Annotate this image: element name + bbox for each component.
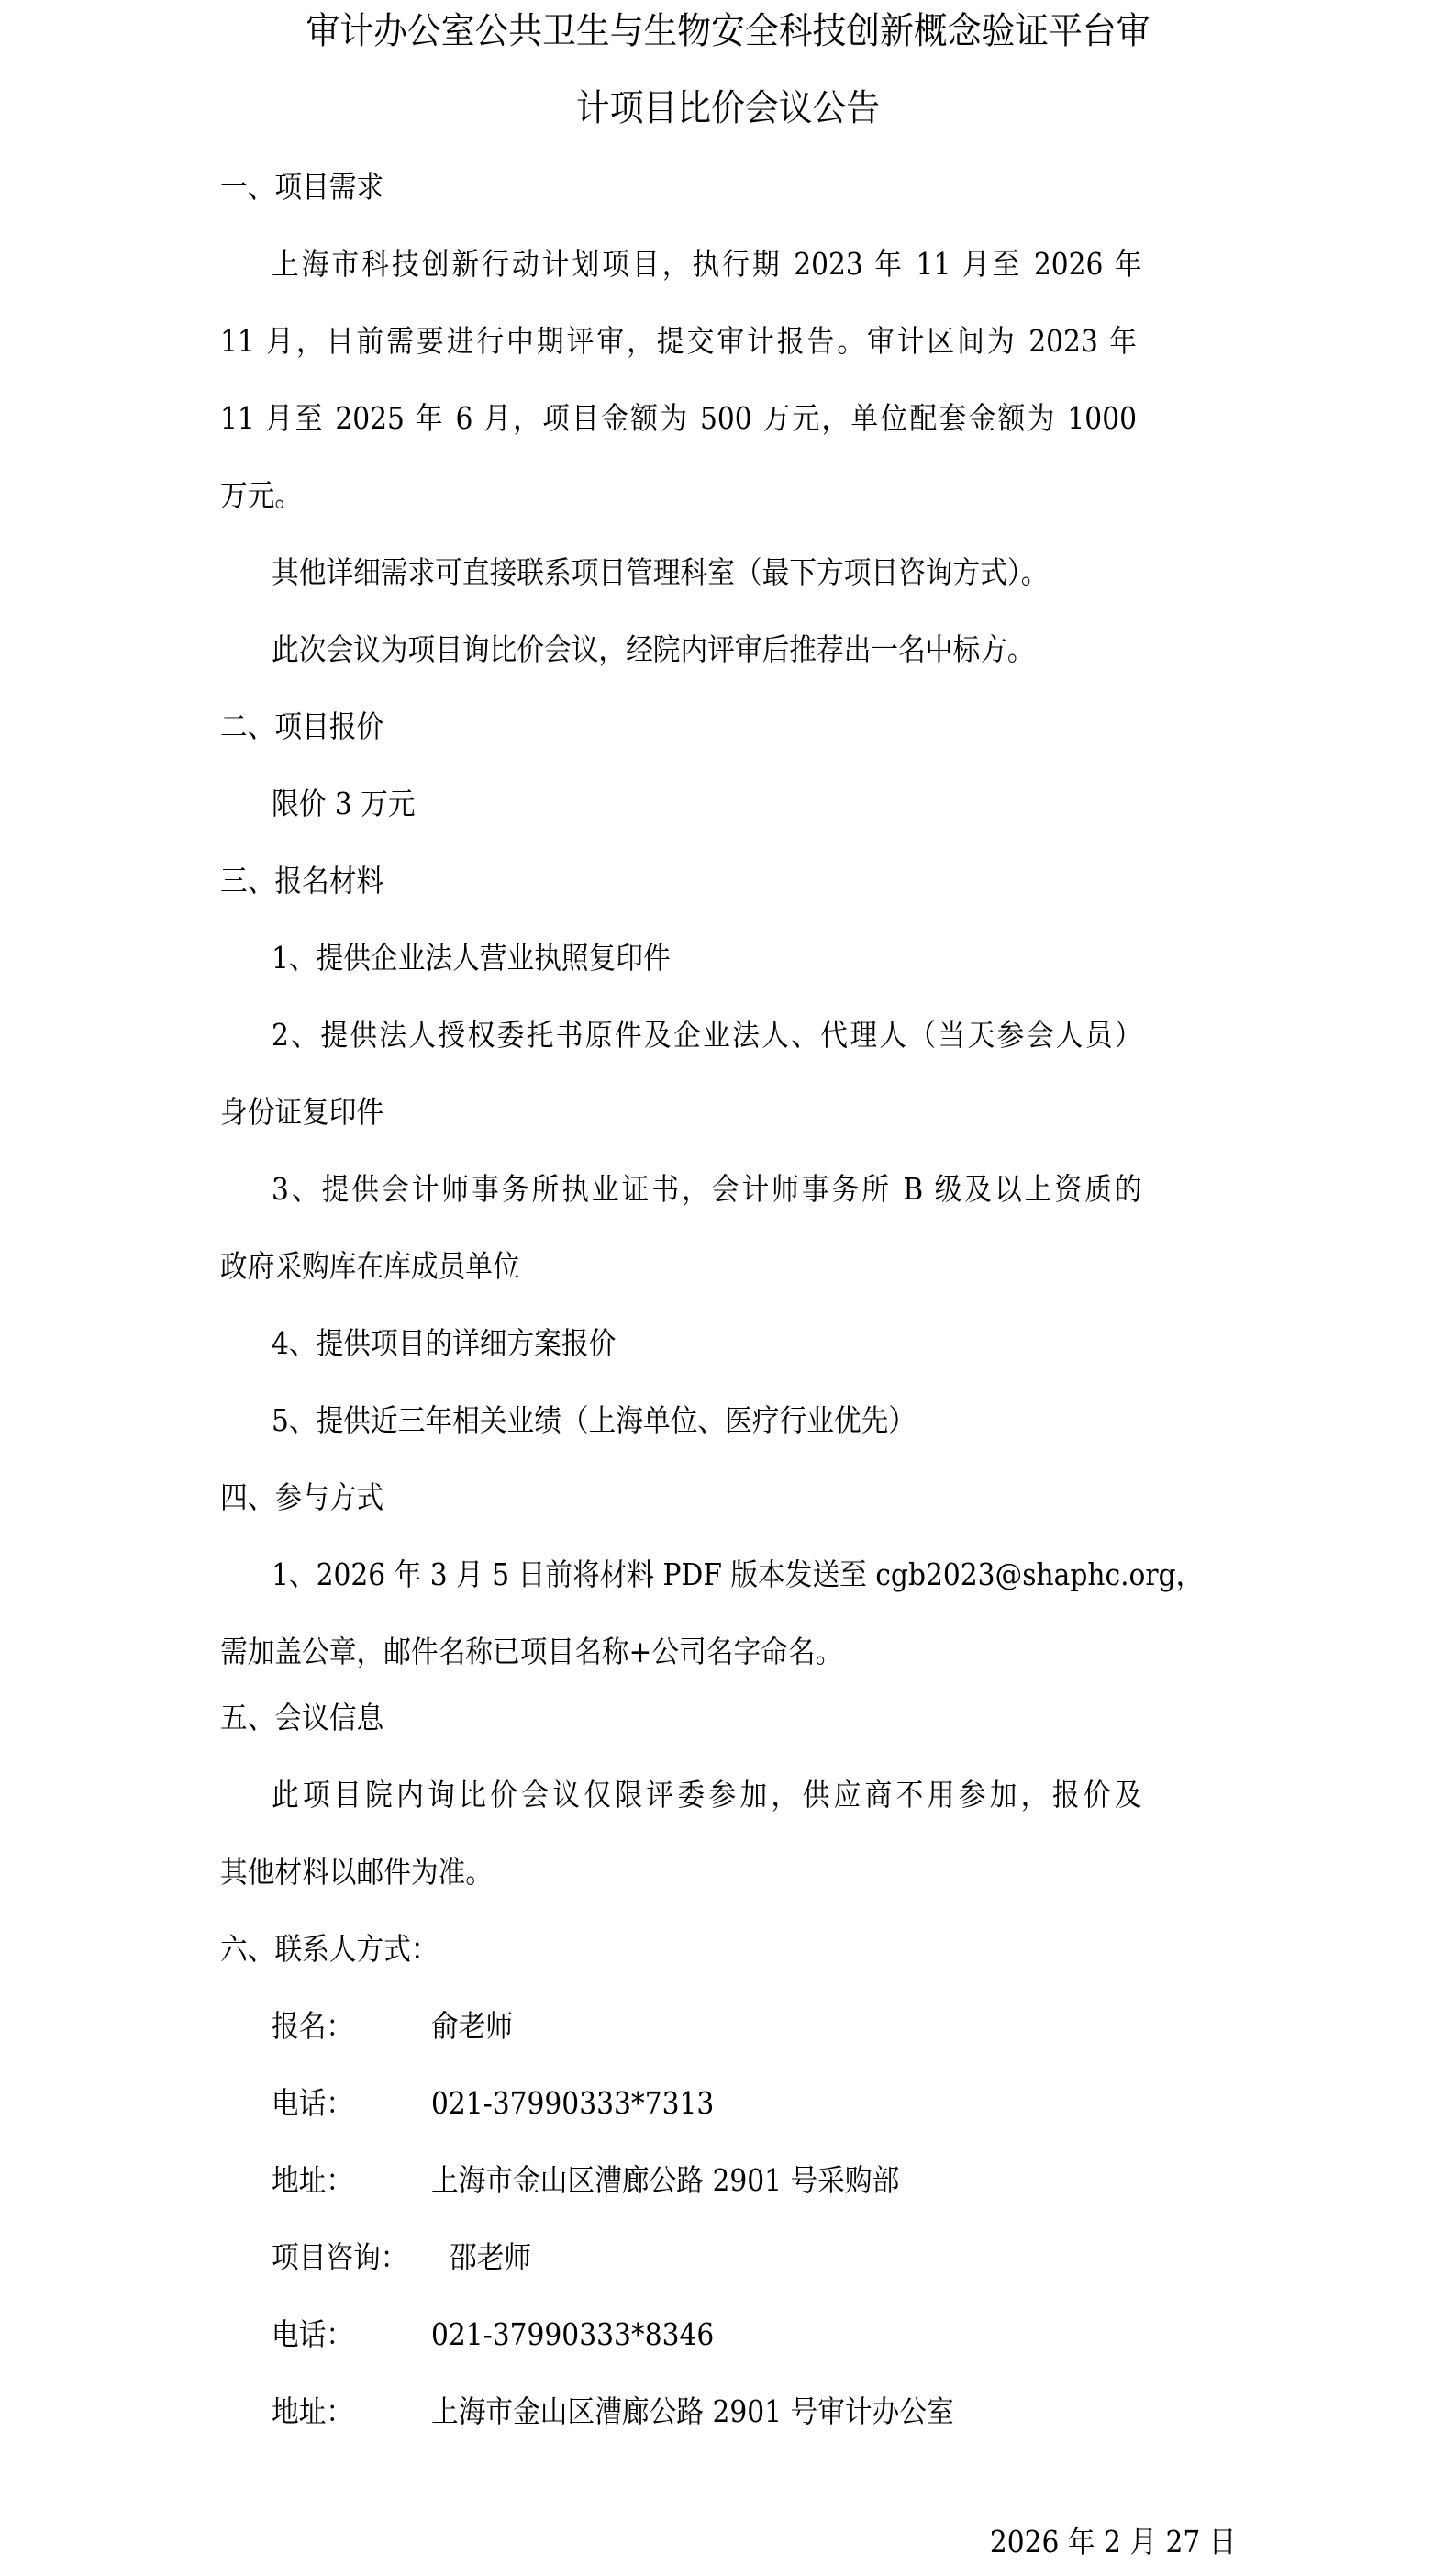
- contact-address-2-value: 上海市金山区漕廊公路 2901 号审计办公室: [431, 2392, 954, 2432]
- participation-line-1: 1、2026 年 3 月 5 日前将材料 PDF 版本发送至 cgb2023@s…: [272, 1555, 1142, 1595]
- section-2-heading: 二、项目报价: [220, 707, 1137, 747]
- section-5-heading: 五、会议信息: [220, 1698, 1137, 1738]
- contact-consult-value: 邵老师: [450, 2237, 531, 2278]
- material-item-3-line-2: 政府采购库在库成员单位: [220, 1246, 1137, 1287]
- document-title-line-2: 计项目比价会议公告: [58, 84, 1397, 132]
- document-title-line-1: 审计办公室公共卫生与生物安全科技创新概念验证平台审: [58, 7, 1397, 55]
- section-4-heading: 四、参与方式: [220, 1478, 1137, 1518]
- document-date: 2026 年 2 月 27 日: [989, 2522, 1236, 2562]
- section-1-para-1-line-2: 11 月，目前需要进行中期评审，提交审计报告。审计区间为 2023 年: [220, 321, 1137, 362]
- document-page: 审计办公室公共卫生与生物安全科技创新概念验证平台审 计项目比价会议公告 一、项目…: [0, 0, 1456, 2566]
- meeting-info-line-2: 其他材料以邮件为准。: [220, 1852, 1137, 1892]
- section-1-para-1-line-4: 万元。: [220, 475, 1137, 516]
- contact-phone-2-label: 电话：: [272, 2315, 353, 2355]
- section-1-para-3: 此次会议为项目询比价会议，经院内评审后推荐出一名中标方。: [272, 630, 1188, 670]
- contact-consult-label: 项目咨询：: [272, 2237, 408, 2278]
- section-1-para-1-line-3: 11 月至 2025 年 6 月，项目金额为 500 万元，单位配套金额为 10…: [220, 398, 1137, 439]
- section-6-heading: 六、联系人方式：: [220, 1929, 1137, 1969]
- contact-signup-label: 报名：: [272, 2006, 353, 2047]
- material-item-5: 5、提供近三年相关业绩（上海单位、医疗行业优先）: [272, 1400, 1188, 1441]
- contact-phone-1-value: 021-37990333*7313: [431, 2083, 714, 2124]
- section-1-para-2: 其他详细需求可直接联系项目管理科室（最下方项目咨询方式）。: [272, 552, 1188, 593]
- contact-address-1-value: 上海市金山区漕廊公路 2901 号采购部: [431, 2160, 899, 2201]
- material-item-2-line-1: 2、提供法人授权委托书原件及企业法人、代理人（当天参会人员）: [272, 1015, 1142, 1055]
- material-item-3-line-1: 3、提供会计师事务所执业证书，会计师事务所 B 级及以上资质的: [272, 1169, 1142, 1210]
- section-1-heading: 一、项目需求: [220, 167, 1137, 207]
- contact-address-1-label: 地址：: [272, 2160, 353, 2201]
- section-3-heading: 三、报名材料: [220, 861, 1137, 901]
- material-item-1: 1、提供企业法人营业执照复印件: [272, 938, 1188, 978]
- contact-phone-2-value: 021-37990333*8346: [431, 2315, 714, 2355]
- material-item-2-line-2: 身份证复印件: [220, 1092, 1137, 1132]
- section-1-para-1-line-1: 上海市科技创新行动计划项目，执行期 2023 年 11 月至 2026 年: [272, 244, 1142, 284]
- contact-signup-value: 俞老师: [431, 2006, 513, 2047]
- participation-line-2: 需加盖公章，邮件名称已项目名称+公司名字命名。: [220, 1632, 1137, 1672]
- section-2-price-limit: 限价 3 万元: [272, 784, 1188, 824]
- contact-phone-1-label: 电话：: [272, 2083, 353, 2124]
- contact-address-2-label: 地址：: [272, 2392, 353, 2432]
- material-item-4: 4、提供项目的详细方案报价: [272, 1323, 1188, 1364]
- meeting-info-line-1: 此项目院内询比价会议仅限评委参加，供应商不用参加，报价及: [272, 1775, 1142, 1815]
